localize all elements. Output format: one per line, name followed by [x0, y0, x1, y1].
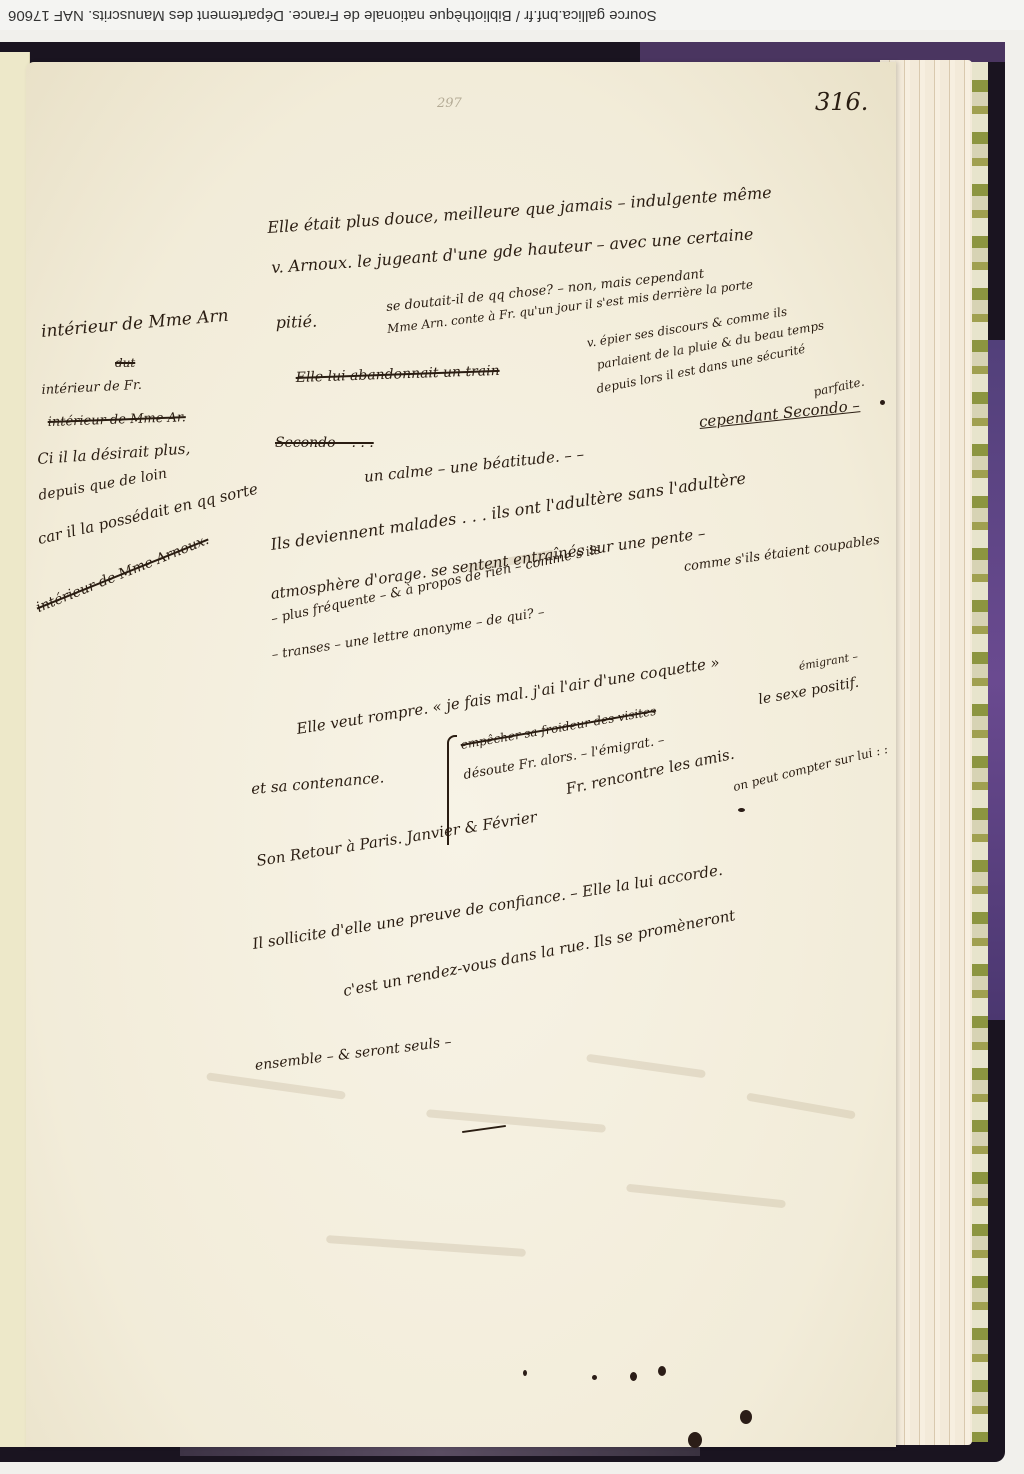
- binding-purple-right: [988, 340, 1005, 1020]
- text-line: pitié.: [275, 312, 317, 332]
- offset-mark: [326, 1235, 526, 1257]
- marbled-endpaper-edge: [970, 62, 988, 1442]
- manuscript-page: [26, 62, 896, 1447]
- ink-spot: [880, 400, 885, 405]
- offset-mark: [206, 1072, 346, 1099]
- offset-mark: [586, 1054, 706, 1079]
- offset-mark: [626, 1184, 786, 1209]
- folio-number: 316.: [815, 88, 868, 116]
- ink-spot: [592, 1375, 597, 1380]
- ink-spot: [740, 1410, 752, 1424]
- ink-spot: [630, 1372, 637, 1381]
- offset-mark: [426, 1109, 606, 1133]
- source-attribution-text: Source gallica.bnf.fr / Bibliothèque nat…: [8, 7, 657, 24]
- margin-note-struck: dut: [115, 356, 135, 370]
- ink-spot: [688, 1432, 702, 1448]
- source-attribution-bar: Source gallica.bnf.fr / Bibliothèque nat…: [0, 0, 1024, 30]
- ink-spot: [658, 1366, 666, 1376]
- offset-mark: [746, 1093, 856, 1120]
- ink-spot: [523, 1370, 527, 1376]
- pencil-folio-number: 297: [437, 96, 462, 111]
- binding-purple-top: [640, 42, 1005, 62]
- ink-spot: [738, 808, 745, 812]
- brace-mark: [447, 735, 457, 845]
- text-line-struck: Secondo – . . .: [275, 435, 374, 451]
